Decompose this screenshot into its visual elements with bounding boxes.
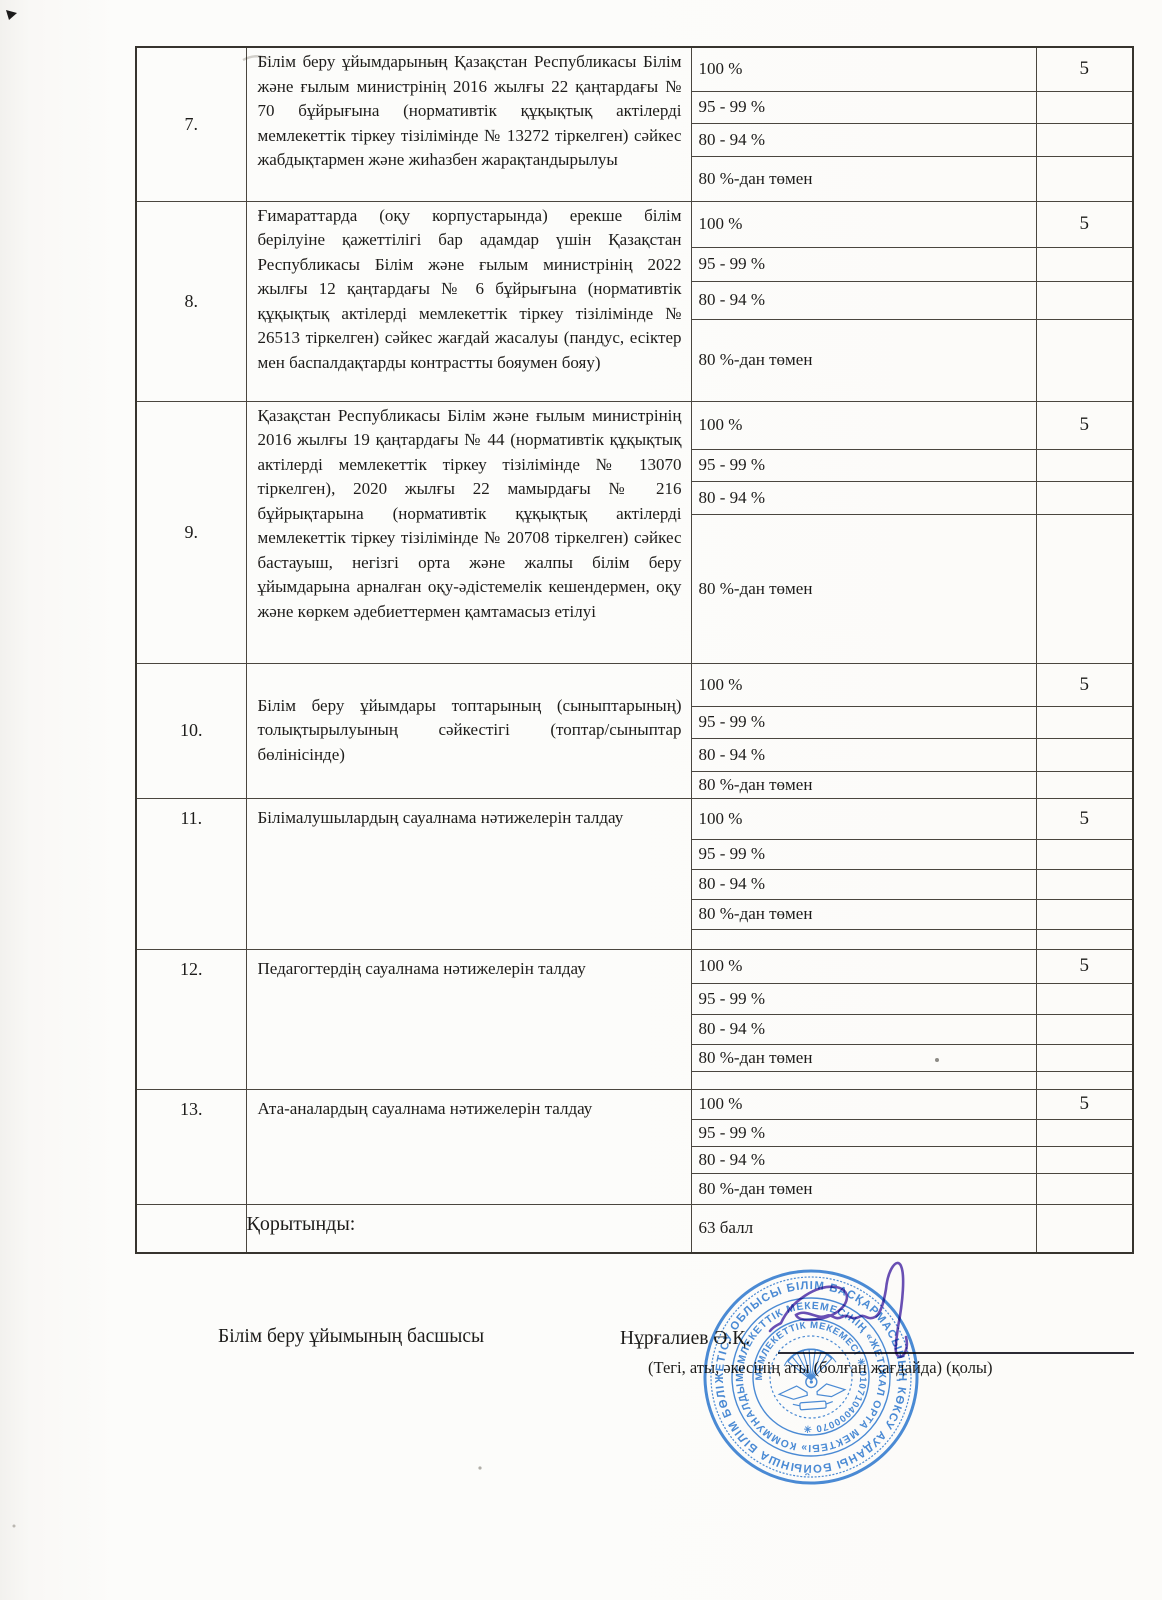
option-cell: 80 - 94 % [691,123,1036,156]
score-cell [1036,1014,1133,1044]
score-cell: 5 [1036,949,1133,983]
score-cell: 5 [1036,47,1133,91]
criterion-text: Білім беру ұйымдарының Қазақстан Республ… [246,47,691,201]
score-cell [1036,983,1133,1014]
option-cell: 100 % [691,47,1036,91]
score-cell [1036,319,1133,401]
option-cell: 80 - 94 % [691,738,1036,771]
option-cell: 95 - 99 % [691,839,1036,869]
empty-cell [1036,929,1133,949]
row-number: 10. [136,663,246,798]
criterion-text: Білім беру ұйымдары топтарының (сыныптар… [246,663,691,798]
score-cell [1036,281,1133,319]
option-cell: 100 % [691,401,1036,449]
score-cell [1036,869,1133,899]
option-cell: 80 %-дан төмен [691,899,1036,929]
scan-speck [478,1466,481,1469]
criterion-row-8: 8. Ғимараттарда (оқу корпустарында) ерек… [136,201,1133,401]
option-cell: 95 - 99 % [691,449,1036,481]
scan-speck [13,1525,16,1528]
option-cell: 95 - 99 % [691,1119,1036,1146]
criterion-row-11: 11. Білімалушылардың сауалнама нәтижелер… [136,798,1133,949]
score-cell: 5 [1036,1089,1133,1119]
criterion-text: Педагогтердің сауалнама нәтижелерін талд… [246,949,691,1089]
criterion-row-7: 7. Білім беру ұйымдарының Қазақстан Респ… [136,47,1133,201]
option-cell: 95 - 99 % [691,247,1036,281]
option-cell: 80 %-дан төмен [691,1044,1036,1071]
signer-role-label: Білім беру ұйымының басшысы [218,1326,484,1348]
score-cell: 5 [1036,401,1133,449]
score-cell [1036,91,1133,123]
criterion-row-12: 12. Педагогтердің сауалнама нәтижелерін … [136,949,1133,1089]
score-cell: 5 [1036,663,1133,706]
evaluation-table: 7. Білім беру ұйымдарының Қазақстан Респ… [135,46,1134,1254]
score-cell [1036,899,1133,929]
summary-row: Қорытынды: 63 балл [136,1204,1133,1253]
empty-cell [136,1204,246,1253]
row-number: 13. [136,1089,246,1204]
option-cell: 100 % [691,798,1036,839]
score-cell [1036,1146,1133,1173]
option-cell: 95 - 99 % [691,706,1036,738]
summary-label: Қорытынды: [246,1204,691,1253]
option-cell: 100 % [691,949,1036,983]
criterion-text: Ата-аналардың сауалнама нәтижелерін талд… [246,1089,691,1204]
row-number: 9. [136,401,246,663]
summary-total-score: 63 балл [691,1204,1036,1253]
score-cell [1036,1044,1133,1071]
option-cell: 100 % [691,1089,1036,1119]
criterion-text: Қазақстан Республикасы Білім және ғылым … [246,401,691,663]
score-cell: 5 [1036,201,1133,247]
row-number: 12. [136,949,246,1089]
score-cell: 5 [1036,798,1133,839]
score-cell [1036,771,1133,798]
score-cell [1036,449,1133,481]
pen-mark [6,10,17,20]
empty-cell [691,929,1036,949]
option-cell: 80 %-дан төмен [691,156,1036,201]
official-stamp: ЖЕТІСУ ОБЛЫСЫ БІЛІМ БАСҚАРМАСЫНЫҢ КӨКСУ … [691,1257,930,1496]
option-cell: 80 %-дан төмен [691,319,1036,401]
score-cell [1036,1173,1133,1204]
option-cell: 80 - 94 % [691,869,1036,899]
score-cell [1036,514,1133,663]
criterion-text: Білімалушылардың сауалнама нәтижелерін т… [246,798,691,949]
option-cell: 80 %-дан төмен [691,1173,1036,1204]
option-cell: 95 - 99 % [691,983,1036,1014]
option-cell: 95 - 99 % [691,91,1036,123]
row-number: 8. [136,201,246,401]
option-cell: 80 - 94 % [691,281,1036,319]
criterion-text: Ғимараттарда (оқу корпустарында) ерекше … [246,201,691,401]
row-number: 11. [136,798,246,949]
score-cell [1036,1119,1133,1146]
criterion-row-10: 10. Білім беру ұйымдары топтарының (сыны… [136,663,1133,798]
score-cell [1036,481,1133,514]
option-cell: 80 %-дан төмен [691,771,1036,798]
empty-cell [691,1071,1036,1089]
option-cell: 100 % [691,201,1036,247]
score-cell [1036,738,1133,771]
score-cell [1036,156,1133,201]
empty-cell [1036,1071,1133,1089]
option-cell: 80 - 94 % [691,1146,1036,1173]
score-cell [1036,706,1133,738]
option-cell: 80 %-дан төмен [691,514,1036,663]
criterion-row-9: 9. Қазақстан Республикасы Білім және ғыл… [136,401,1133,663]
kazakhstan-emblem-icon [767,1333,855,1421]
row-number: 7. [136,47,246,201]
score-cell [1036,839,1133,869]
criterion-row-13: 13. Ата-аналардың сауалнама нәтижелерін … [136,1089,1133,1204]
score-cell [1036,247,1133,281]
empty-cell [1036,1204,1133,1253]
option-cell: 80 - 94 % [691,1014,1036,1044]
option-cell: 80 - 94 % [691,481,1036,514]
score-cell [1036,123,1133,156]
option-cell: 100 % [691,663,1036,706]
scanned-document-page: 7. Білім беру ұйымдарының Қазақстан Респ… [0,0,1162,1600]
